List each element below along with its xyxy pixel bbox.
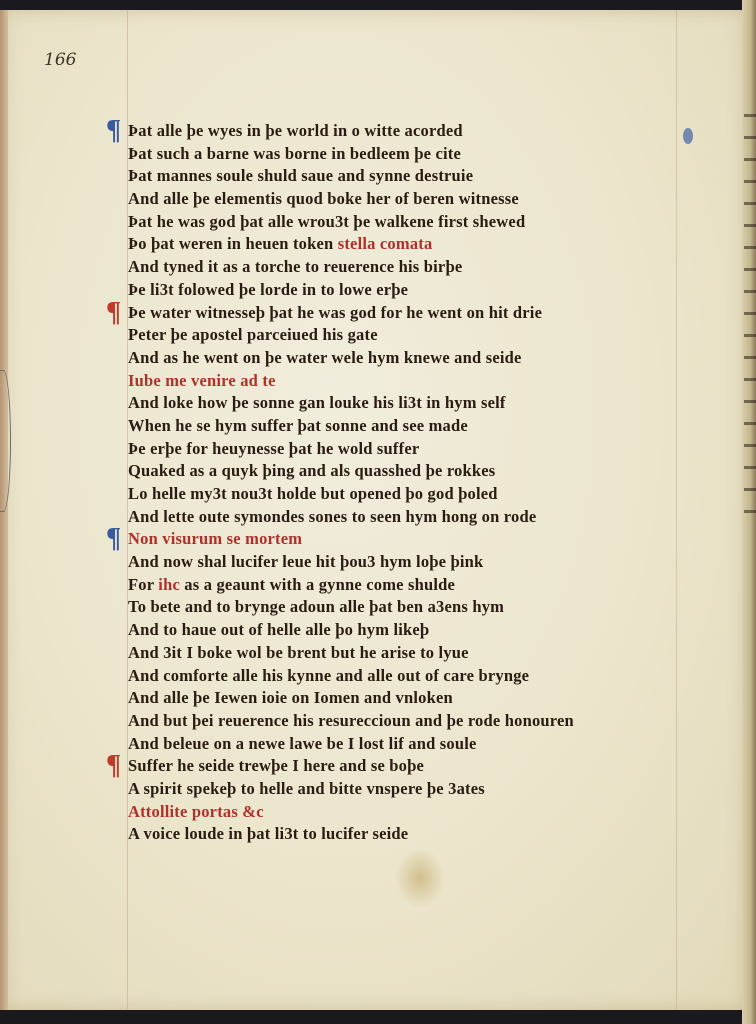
manuscript-line: Attollite portas &c xyxy=(128,801,756,824)
manuscript-line: Lo helle my3t nou3t holde but opened þo … xyxy=(128,483,756,506)
manuscript-line: And alle þe Iewen ioie on Iomen and vnlo… xyxy=(128,687,756,710)
manuscript-line: Þat such a barne was borne in bedleem þe… xyxy=(128,143,756,166)
manuscript-line: And now shal lucifer leue hit þou3 hym l… xyxy=(128,551,756,574)
manuscript-line: For ihc as a geaunt with a gynne come sh… xyxy=(128,574,756,597)
manuscript-line: And 3it I boke wol be brent but he arise… xyxy=(128,642,756,665)
blue-paraph-mark: ¶ xyxy=(106,118,121,144)
manuscript-line: When he se hym suffer þat sonne and see … xyxy=(128,415,756,438)
line-text: Peter þe apostel parceiued his gate xyxy=(128,325,378,344)
line-text: When he se hym suffer þat sonne and see … xyxy=(128,416,468,435)
line-text: And but þei reuerence his resureccioun a… xyxy=(128,711,574,730)
line-text: And now shal lucifer leue hit þou3 hym l… xyxy=(128,552,483,571)
line-text: Lo helle my3t nou3t holde but opened þo … xyxy=(128,484,498,503)
manuscript-line: And comforte alle his kynne and alle out… xyxy=(128,665,756,688)
rubric-text: stella comata xyxy=(333,234,432,253)
manuscript-line: Þat he was god þat alle wrou3t þe walken… xyxy=(128,211,756,234)
line-text: To bete and to brynge adoun alle þat ben… xyxy=(128,597,504,616)
line-text: Quaked as a quyk þing and als quasshed þ… xyxy=(128,461,495,480)
manuscript-line: Þe li3t folowed þe lorde in to lowe erþe xyxy=(128,279,756,302)
line-text: A voice loude in þat li3t to lucifer sei… xyxy=(128,824,408,843)
vellum-stain xyxy=(395,848,445,908)
line-text: A spirit spekeþ to helle and bitte vnspe… xyxy=(128,779,485,798)
line-text: Suffer he seide trewþe I here and se boþ… xyxy=(128,756,424,775)
manuscript-line: ¶Suffer he seide trewþe I here and se bo… xyxy=(128,755,756,778)
line-text: And alle þe Iewen ioie on Iomen and vnlo… xyxy=(128,688,453,707)
blue-paraph-mark: ¶ xyxy=(106,526,121,552)
text-block: ¶Þat alle þe wyes in þe world in o witte… xyxy=(128,120,756,846)
manuscript-line: A voice loude in þat li3t to lucifer sei… xyxy=(128,823,756,846)
line-text: And beleue on a newe lawe be I lost lif … xyxy=(128,734,477,753)
line-text: And tyned it as a torche to reuerence hi… xyxy=(128,257,462,276)
line-text: Þe li3t folowed þe lorde in to lowe erþe xyxy=(128,280,408,299)
red-paraph-mark: ¶ xyxy=(106,300,121,326)
line-text: And as he went on þe water wele hym knew… xyxy=(128,348,522,367)
manuscript-line: ¶Þe water witnesseþ þat he was god for h… xyxy=(128,302,756,325)
line-text: Þo þat weren in heuen token xyxy=(128,234,333,253)
manuscript-line: A spirit spekeþ to helle and bitte vnspe… xyxy=(128,778,756,801)
rubric-text: Non visurum se mortem xyxy=(128,529,302,548)
manuscript-line: And beleue on a newe lawe be I lost lif … xyxy=(128,733,756,756)
manuscript-line: Þo þat weren in heuen token stella comat… xyxy=(128,233,756,256)
line-text: Þat such a barne was borne in bedleem þe… xyxy=(128,144,461,163)
line-text: For xyxy=(128,575,158,594)
manuscript-line: And tyned it as a torche to reuerence hi… xyxy=(128,256,756,279)
manuscript-line: And alle þe elementis quod boke her of b… xyxy=(128,188,756,211)
manuscript-line: ¶Non visurum se mortem xyxy=(128,528,756,551)
manuscript-line: And to haue out of helle alle þo hym lik… xyxy=(128,619,756,642)
line-text: And alle þe elementis quod boke her of b… xyxy=(128,189,519,208)
line-text: Þat mannes soule shuld saue and synne de… xyxy=(128,166,473,185)
line-text: And to haue out of helle alle þo hym lik… xyxy=(128,620,429,639)
manuscript-line: Peter þe apostel parceiued his gate xyxy=(128,324,756,347)
manuscript-line: Þat mannes soule shuld saue and synne de… xyxy=(128,165,756,188)
red-paraph-mark: ¶ xyxy=(106,753,121,779)
line-text: And 3it I boke wol be brent but he arise… xyxy=(128,643,469,662)
line-text: And lette oute symondes sones to seen hy… xyxy=(128,507,536,526)
manuscript-line: To bete and to brynge adoun alle þat ben… xyxy=(128,596,756,619)
line-text: Þat he was god þat alle wrou3t þe walken… xyxy=(128,212,525,231)
manuscript-line: And loke how þe sonne gan louke his li3t… xyxy=(128,392,756,415)
line-text: And loke how þe sonne gan louke his li3t… xyxy=(128,393,506,412)
line-text: Þat alle þe wyes in þe world in o witte … xyxy=(128,121,463,140)
manuscript-line: Quaked as a quyk þing and als quasshed þ… xyxy=(128,460,756,483)
rubric-text: Iube me venire ad te xyxy=(128,371,276,390)
rubric-text: Attollite portas &c xyxy=(128,802,264,821)
manuscript-line: And but þei reuerence his resureccioun a… xyxy=(128,710,756,733)
manuscript-line: Þe erþe for heuynesse þat he wold suffer xyxy=(128,438,756,461)
line-text: And comforte alle his kynne and alle out… xyxy=(128,666,529,685)
line-text: Þe erþe for heuynesse þat he wold suffer xyxy=(128,439,419,458)
manuscript-line: And lette oute symondes sones to seen hy… xyxy=(128,506,756,529)
line-text: Þe water witnesseþ þat he was god for he… xyxy=(128,303,542,322)
manuscript-line: Iube me venire ad te xyxy=(128,370,756,393)
folio-number: 166 xyxy=(44,50,76,70)
rubric-text: ihc xyxy=(158,575,180,594)
line-text-continued: as a geaunt with a gynne come shulde xyxy=(180,575,455,594)
manuscript-line: And as he went on þe water wele hym knew… xyxy=(128,347,756,370)
manuscript-line: ¶Þat alle þe wyes in þe world in o witte… xyxy=(128,120,756,143)
